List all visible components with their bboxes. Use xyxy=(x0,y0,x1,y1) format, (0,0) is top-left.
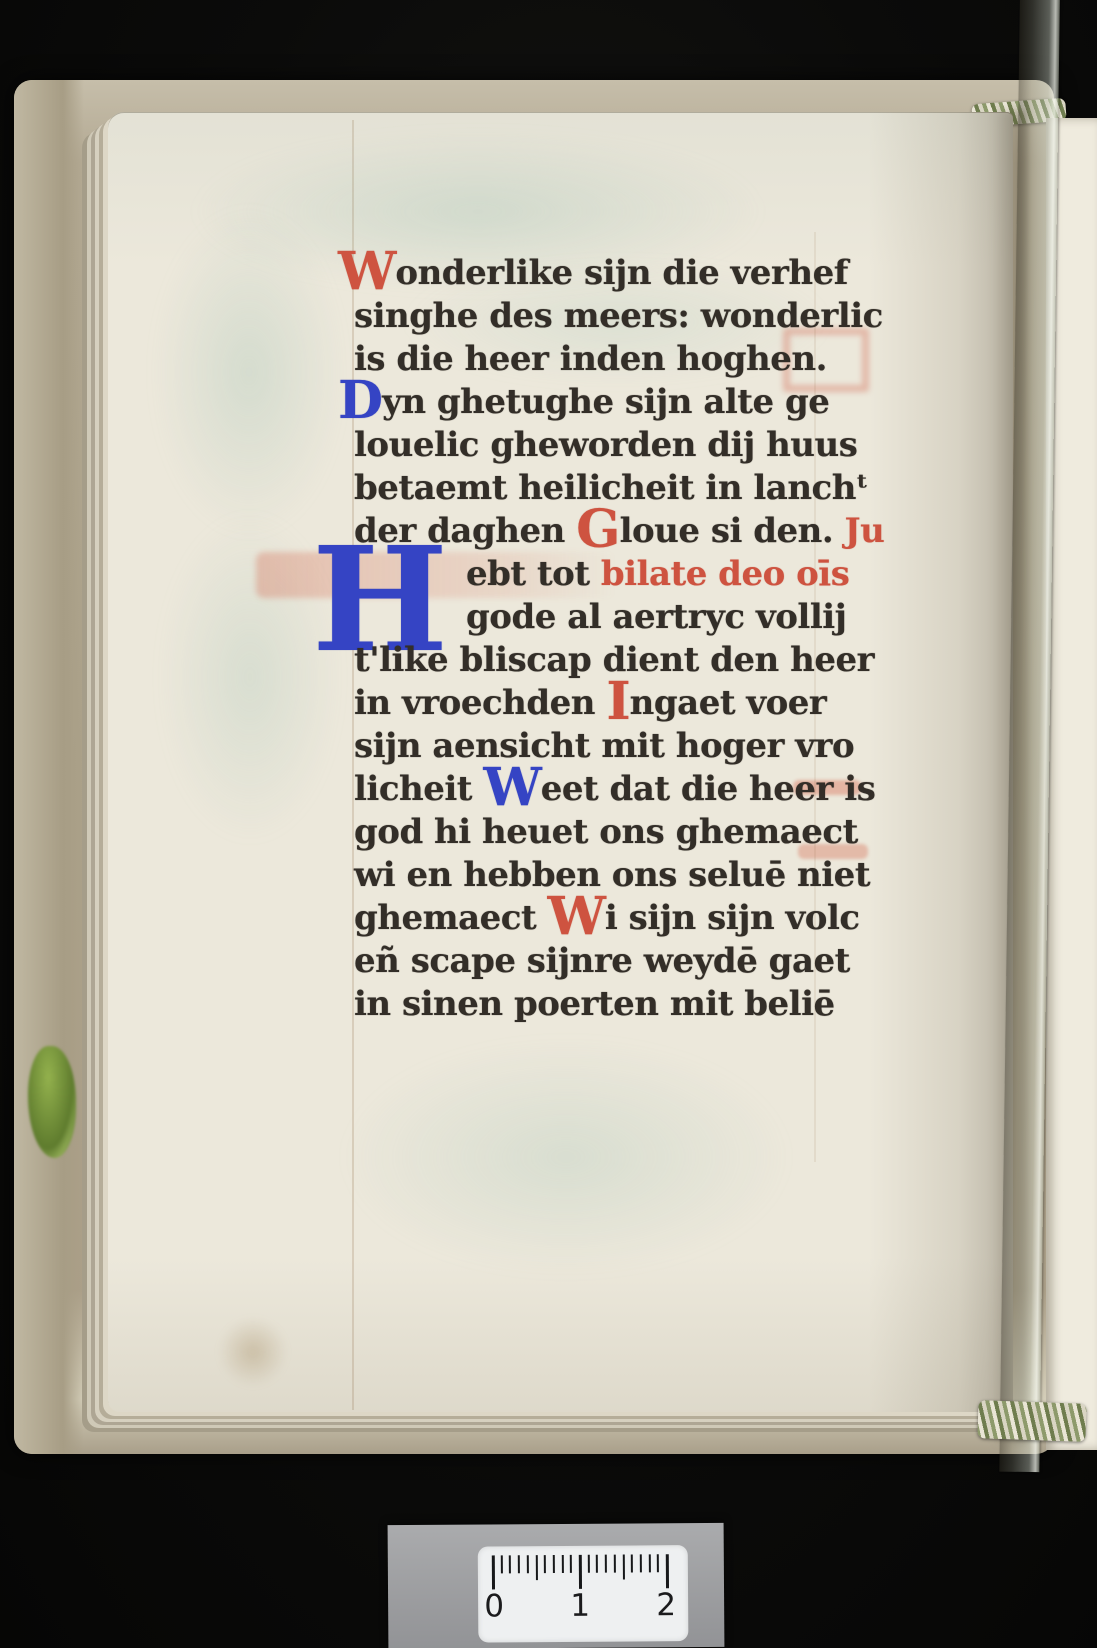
text-segment: Ju xyxy=(845,511,885,551)
manuscript-line: wi en hebben ons seluē niet xyxy=(354,854,854,897)
manuscript-line: eñ scape sijnre weydē gaet xyxy=(354,940,854,983)
red-offset-mark xyxy=(793,780,861,795)
manuscript-line: Wonderlike sijn die verhef xyxy=(354,252,854,295)
text-segment: ghemaect xyxy=(354,898,548,938)
text-segment: is die heer inden hoghen. xyxy=(354,339,827,379)
ruling-line xyxy=(814,232,816,1162)
text-segment: god hi heuet ons ghemaect xyxy=(354,812,858,852)
manuscript-line: louelic gheworden dij huus xyxy=(354,424,854,467)
text-segment: loue si den. xyxy=(620,511,845,551)
ruler-tick xyxy=(596,1555,598,1573)
manuscript-line: t'like bliscap dient den heer xyxy=(354,639,854,682)
manuscript-line: betaemt heilicheit in lanchᵗ xyxy=(354,467,854,510)
ruler-tick xyxy=(492,1555,495,1589)
ruler-tick xyxy=(544,1555,546,1573)
illuminated-initial: W xyxy=(548,886,605,947)
text-segment: der daghen xyxy=(354,511,576,551)
ruler-tick xyxy=(535,1555,537,1580)
text-segment: ngaet voer xyxy=(630,683,827,723)
manuscript-page: H Wonderlike sijn die verhefsinghe des m… xyxy=(108,112,1013,1412)
red-offset-mark xyxy=(256,552,616,598)
illuminated-initial: W xyxy=(483,757,540,818)
ruler-card: 0 1 2 xyxy=(388,1523,725,1648)
ruler-tick xyxy=(631,1554,633,1572)
ruler-tick xyxy=(509,1555,511,1573)
manuscript-line: in sinen poerten mit beliē xyxy=(354,983,854,1026)
show-through-blot xyxy=(160,512,340,842)
ruler-number: 1 xyxy=(570,1588,590,1624)
ruling-line xyxy=(352,120,354,1410)
text-segment: eñ scape sijnre weydē gaet xyxy=(354,941,850,981)
red-offset-mark xyxy=(783,328,869,392)
ruler-tick xyxy=(605,1555,607,1573)
manuscript-line: gode al aertryc vollij xyxy=(354,596,854,639)
manuscript-line: god hi heuet ons ghemaect xyxy=(354,811,854,854)
show-through-blot xyxy=(408,262,828,382)
ruler-number: 0 xyxy=(484,1588,504,1624)
ruler-tick xyxy=(640,1554,642,1572)
red-offset-mark xyxy=(798,844,868,859)
illuminated-initial: G xyxy=(576,499,619,560)
text-segment: ebt tot xyxy=(466,554,601,594)
text-segment: betaemt heilicheit in lanchᵗ xyxy=(354,468,868,508)
ruler-tick xyxy=(500,1555,502,1573)
text-segment: i sijn sijn volc xyxy=(605,898,860,938)
ruler-tick xyxy=(614,1555,616,1573)
ruler-tick xyxy=(570,1555,572,1573)
text-segment: in vroechden xyxy=(354,683,606,723)
text-segment: t'like bliscap dient den heer xyxy=(354,640,874,680)
text-block: Wonderlike sijn die verhefsinghe des mee… xyxy=(354,252,854,1026)
photo-backdrop: H Wonderlike sijn die verhefsinghe des m… xyxy=(0,0,1097,1648)
ruler-tick xyxy=(561,1555,563,1573)
text-segment: in sinen poerten mit beliē xyxy=(354,984,835,1024)
text-segment: bilate deo oīs xyxy=(601,554,849,594)
ruler-tick xyxy=(553,1555,555,1573)
text-segment: eet dat die heer is xyxy=(541,769,876,809)
illuminated-initial: I xyxy=(606,671,629,732)
manuscript-line: sijn aensicht mit hoger vro xyxy=(354,725,854,768)
show-through-blot xyxy=(198,134,758,289)
illuminated-initial: W xyxy=(338,241,395,302)
ruler-scale: 0 1 2 xyxy=(478,1545,689,1642)
manuscript-line: Dyn ghetughe sijn alte ge xyxy=(354,381,854,424)
manuscript-line: in vroechden Ingaet voer xyxy=(354,682,854,725)
manuscript-line: ebt tot bilate deo oīs xyxy=(354,553,854,596)
text-segment: louelic gheworden dij huus xyxy=(354,425,857,465)
show-through-blot xyxy=(346,1042,786,1272)
text-segment: gode al aertryc vollij xyxy=(466,597,846,637)
text-segment: onderlike sijn die verhef xyxy=(395,253,847,293)
illuminated-initial: D xyxy=(338,370,382,431)
ruler-tick xyxy=(527,1555,529,1573)
ruler-tick xyxy=(587,1555,589,1573)
text-segment: singhe des meers: wonderlic xyxy=(354,296,883,336)
ruler-tick xyxy=(622,1555,624,1580)
manuscript-line: der daghen Gloue si den. Ju xyxy=(354,510,854,553)
text-segment: wi en hebben ons seluē niet xyxy=(354,855,870,895)
ruler-tick xyxy=(648,1554,650,1572)
ruler-tick xyxy=(579,1555,582,1589)
ruler-tick xyxy=(518,1555,520,1573)
text-segment: licheit xyxy=(354,769,483,809)
manuscript-line: singhe des meers: wonderlic xyxy=(354,295,854,338)
text-segment: sijn aensicht mit hoger vro xyxy=(354,726,854,766)
manuscript-line: is die heer inden hoghen. xyxy=(354,338,854,381)
parchment-stain xyxy=(218,1317,288,1387)
bottom-endband xyxy=(977,1400,1086,1442)
ruler-number: 2 xyxy=(656,1587,676,1623)
manuscript-line: ghemaect Wi sijn sijn volc xyxy=(354,897,854,940)
illuminated-initial-h: H xyxy=(312,528,448,672)
manuscript-line: licheit Weet dat die heer is xyxy=(354,768,854,811)
show-through-blot xyxy=(154,207,344,537)
ruler-tick xyxy=(657,1554,659,1572)
text-segment: yn ghetughe sijn alte ge xyxy=(382,382,829,422)
ruler-tick xyxy=(666,1554,669,1588)
